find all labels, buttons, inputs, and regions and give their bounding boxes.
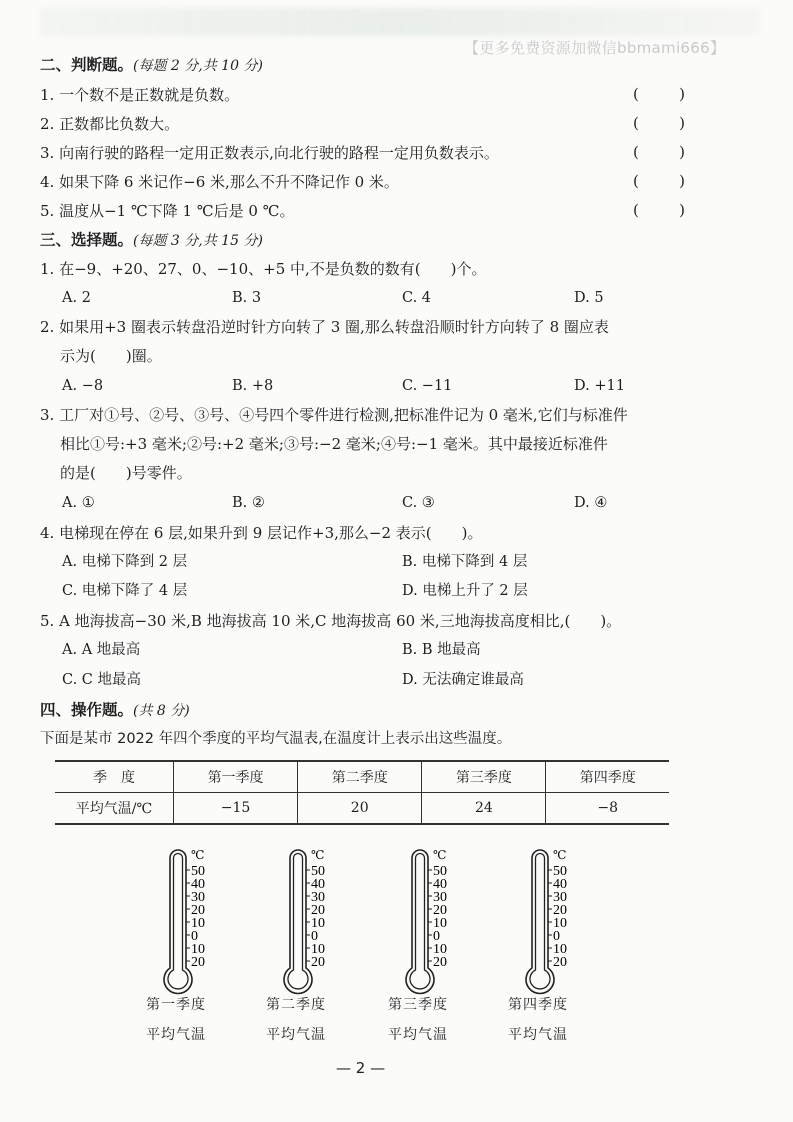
row-label: 平均气温/℃ — [55, 793, 174, 825]
header-cell: 季 度 — [55, 761, 174, 793]
table-cell: 20 — [298, 793, 422, 825]
section3-note: (每题 3 分,共 15 分) — [133, 233, 263, 249]
judge-item-1: 1. 一个数不是正数就是负数。 — [40, 85, 239, 105]
section4-note: (共 8 分) — [133, 703, 190, 719]
q4-option-a[interactable]: A. 电梯下降到 2 层 — [62, 552, 187, 572]
scale-label: 20 — [191, 955, 205, 970]
choice-q2-line1: 2. 如果用+3 圈表示转盘沿逆时针方向转了 3 圈,那么转盘沿顺时针方向转了 … — [40, 317, 609, 337]
thermometer-4[interactable]: ℃504030201001020第四季度平均气温 — [522, 848, 632, 1048]
q5-option-c[interactable]: C. C 地最高 — [62, 670, 141, 690]
item-number: 2. — [40, 115, 54, 133]
q5-option-b[interactable]: B. B 地最高 — [402, 640, 481, 660]
item-text: 正数都比负数大。 — [59, 115, 179, 133]
choice-q1: 1. 在−9、+20、27、0、−10、+5 中,不是负数的数有( )个。 — [40, 259, 487, 279]
thermometer-icon: ℃504030201001020 — [160, 848, 240, 998]
table-cell: 24 — [422, 793, 546, 825]
choice-q3-line1: 3. 工厂对①号、②号、③号、④号四个零件进行检测,把标准件记为 0 毫米,它们… — [40, 405, 628, 425]
unit-label: ℃ — [191, 848, 204, 862]
q3-option-a[interactable]: A. ① — [62, 493, 95, 513]
paren-open: ( — [633, 114, 639, 132]
judge-item-2: 2. 正数都比负数大。 — [40, 114, 179, 134]
header-cell: 第一季度 — [174, 761, 298, 793]
item-text: 如果下降 6 米记作−6 米,那么不升不降记作 0 米。 — [59, 173, 399, 191]
thermometer-season-label: 第二季度 — [266, 994, 326, 1014]
paren-close: ) — [679, 85, 685, 103]
header-cell: 第二季度 — [298, 761, 422, 793]
paren-open: ( — [633, 85, 639, 103]
q4-option-b[interactable]: B. 电梯下降到 4 层 — [402, 552, 527, 572]
section4-intro: 下面是某市 2022 年四个季度的平均气温表,在温度计上表示出这些温度。 — [40, 729, 511, 749]
paren-open: ( — [633, 201, 639, 219]
item-text: 一个数不是正数就是负数。 — [59, 86, 239, 104]
q1-option-c[interactable]: C. 4 — [402, 288, 431, 308]
judge-item-4: 4. 如果下降 6 米记作−6 米,那么不升不降记作 0 米。 — [40, 172, 399, 192]
paren-close: ) — [679, 143, 685, 161]
unit-label: ℃ — [433, 848, 446, 862]
section3-title: 三、选择题。 — [40, 231, 133, 249]
page-number: — 2 — — [336, 1059, 385, 1077]
header-cell: 第四季度 — [546, 761, 669, 793]
watermark: 【更多免费资源加微信bbmami666】 — [464, 37, 725, 58]
paren-close: ) — [679, 114, 685, 132]
thermometer-1[interactable]: ℃504030201001020第一季度平均气温 — [160, 848, 270, 1048]
answer-blank-5[interactable]: () — [633, 201, 685, 219]
scale-label: 20 — [433, 955, 447, 970]
paren-open: ( — [633, 172, 639, 190]
q4-option-d[interactable]: D. 电梯上升了 2 层 — [402, 581, 528, 601]
unit-label: ℃ — [311, 848, 324, 862]
thermometer-icon: ℃504030201001020 — [402, 848, 482, 998]
table-cell: −15 — [174, 793, 298, 825]
q5-option-d[interactable]: D. 无法确定谁最高 — [402, 670, 524, 690]
thermometer-caption: 平均气温 — [388, 1024, 448, 1044]
judge-item-5: 5. 温度从−1 ℃下降 1 ℃后是 0 ℃。 — [40, 201, 294, 221]
item-number: 4. — [40, 173, 54, 191]
thermometer-caption: 平均气温 — [508, 1024, 568, 1044]
q2-option-d[interactable]: D. +11 — [574, 376, 625, 396]
section3-heading: 三、选择题。(每题 3 分,共 15 分) — [40, 230, 263, 251]
q3-option-d[interactable]: D. ④ — [574, 493, 607, 513]
thermometer-3[interactable]: ℃504030201001020第三季度平均气温 — [402, 848, 512, 1048]
q1-option-b[interactable]: B. 3 — [232, 288, 261, 308]
q1-option-a[interactable]: A. 2 — [62, 288, 91, 308]
paren-close: ) — [679, 172, 685, 190]
thermometer-caption: 平均气温 — [146, 1024, 206, 1044]
answer-blank-3[interactable]: () — [633, 143, 685, 161]
thermometer-season-label: 第三季度 — [388, 994, 448, 1014]
unit-label: ℃ — [553, 848, 566, 862]
item-text: 温度从−1 ℃下降 1 ℃后是 0 ℃。 — [59, 202, 294, 220]
section2-heading: 二、判断题。(每题 2 分,共 10 分) — [40, 55, 263, 76]
q2-option-a[interactable]: A. −8 — [62, 376, 103, 396]
q1-option-d[interactable]: D. 5 — [574, 288, 604, 308]
q4-option-c[interactable]: C. 电梯下降了 4 层 — [62, 581, 187, 601]
choice-q3-line2: 相比①号:+3 毫米;②号:+2 毫米;③号:−2 毫米;④号:−1 毫米。其中… — [60, 434, 608, 454]
scale-label: 20 — [311, 955, 325, 970]
judge-item-3: 3. 向南行驶的路程一定用正数表示,向北行驶的路程一定用负数表示。 — [40, 143, 499, 163]
paren-close: ) — [679, 201, 685, 219]
table-header-row: 季 度 第一季度 第二季度 第三季度 第四季度 — [55, 761, 669, 793]
thermometer-2[interactable]: ℃504030201001020第二季度平均气温 — [280, 848, 390, 1048]
q5-option-a[interactable]: A. A 地最高 — [62, 640, 140, 660]
answer-blank-1[interactable]: () — [633, 85, 685, 103]
scan-artifact — [40, 8, 760, 36]
section4-title: 四、操作题。 — [40, 701, 133, 719]
q2-option-b[interactable]: B. +8 — [232, 376, 273, 396]
section4-heading: 四、操作题。(共 8 分) — [40, 700, 190, 721]
q3-option-c[interactable]: C. ③ — [402, 493, 435, 513]
section2-title: 二、判断题。 — [40, 56, 133, 74]
thermometer-season-label: 第四季度 — [508, 994, 568, 1014]
thermometer-icon: ℃504030201001020 — [522, 848, 602, 998]
choice-q4: 4. 电梯现在停在 6 层,如果升到 9 层记作+3,那么−2 表示( )。 — [40, 523, 482, 543]
scale-label: 20 — [553, 955, 567, 970]
choice-q3-line3: 的是( )号零件。 — [60, 463, 192, 483]
table-cell: −8 — [546, 793, 669, 825]
temperature-table: 季 度 第一季度 第二季度 第三季度 第四季度 平均气温/℃ −15 20 24… — [55, 760, 669, 825]
choice-q2-line2: 示为( )圈。 — [60, 346, 162, 366]
table-row: 平均气温/℃ −15 20 24 −8 — [55, 793, 669, 825]
section2-note: (每题 2 分,共 10 分) — [133, 58, 263, 74]
q2-option-c[interactable]: C. −11 — [402, 376, 452, 396]
item-number: 5. — [40, 202, 54, 220]
choice-q5: 5. A 地海拔高−30 米,B 地海拔高 10 米,C 地海拔高 60 米,三… — [40, 611, 621, 631]
header-cell: 第三季度 — [422, 761, 546, 793]
answer-blank-4[interactable]: () — [633, 172, 685, 190]
thermometer-season-label: 第一季度 — [146, 994, 206, 1014]
thermometer-caption: 平均气温 — [266, 1024, 326, 1044]
item-number: 1. — [40, 86, 54, 104]
thermometer-icon: ℃504030201001020 — [280, 848, 360, 998]
answer-blank-2[interactable]: () — [633, 114, 685, 132]
paren-open: ( — [633, 143, 639, 161]
q3-option-b[interactable]: B. ② — [232, 493, 265, 513]
item-number: 3. — [40, 144, 54, 162]
item-text: 向南行驶的路程一定用正数表示,向北行驶的路程一定用负数表示。 — [59, 144, 499, 162]
